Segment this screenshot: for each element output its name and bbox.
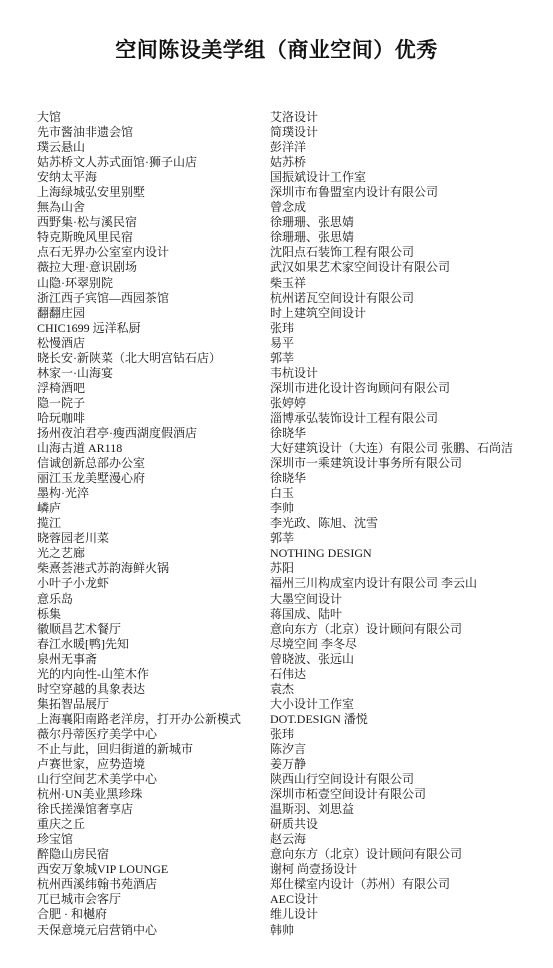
project-name: 浙江西子宾馆—西园茶馆	[37, 291, 270, 306]
designer-name: 姜万静	[270, 757, 545, 772]
list-item: 扬州夜泊君亭·瘦西湖度假酒店 徐晓华	[37, 426, 545, 441]
designer-name: 深圳市进化设计咨询顾问有限公司	[270, 381, 545, 396]
designer-name: 郭莘	[270, 351, 545, 366]
project-name: 上海襄阳南路老洋房，打开办公新模式	[37, 712, 270, 727]
list-item: 墨构·光淬 白玉	[37, 486, 545, 501]
list-item: 合肥 · 和樾府 维儿设计	[37, 907, 545, 922]
designer-name: 徐珊珊、张思婧	[270, 230, 545, 245]
list-item: 先市酱油非遗会馆 简璞设计	[37, 125, 545, 140]
list-item: 大馆 艾洛设计	[37, 110, 545, 125]
list-item: 光之艺廊 NOTHING DESIGN	[37, 546, 545, 561]
project-name: 上海绿城弘安里别墅	[37, 185, 270, 200]
designer-name: 意向东方（北京）设计顾问有限公司	[270, 622, 545, 637]
designer-name: 张玮	[270, 321, 545, 336]
designer-name: 郑仕樑室内设计（苏州）有限公司	[270, 877, 545, 892]
list-item: 無為山舍 曾念成	[37, 200, 545, 215]
project-name: CHIC1699 远洋私厨	[37, 321, 270, 336]
project-name: 不止与此，回归街道的新城市	[37, 742, 270, 757]
project-name: 意乐岛	[37, 592, 270, 607]
designer-name: 赵云海	[270, 832, 545, 847]
list-item: 林家一·山海宴 韦杭设计	[37, 366, 545, 381]
project-name: 薇尔丹蒂医疗美学中心	[37, 727, 270, 742]
designer-name: 大小设计工作室	[270, 697, 545, 712]
project-name: 嶙庐	[37, 501, 270, 516]
project-name: 翻翻庄园	[37, 306, 270, 321]
list-item: 薇拉大理·意识剧场 武汉如果艺术家空间设计有限公司	[37, 260, 545, 275]
project-name: 姑苏桥文人苏式面馆·狮子山店	[37, 155, 270, 170]
project-name: 合肥 · 和樾府	[37, 907, 270, 922]
designer-name: 陈汐言	[270, 742, 545, 757]
list-item: 泉州无事斋 曾晓波、张远山	[37, 652, 545, 667]
project-name: 珍宝馆	[37, 832, 270, 847]
designer-name: 曾念成	[270, 200, 545, 215]
list-item: 柴熹荟港式苏韵海鲜火锅 苏阳	[37, 561, 545, 576]
list-item: 晓长安·新陕菜（北大明宫钻石店） 郭莘	[37, 351, 545, 366]
award-list: 大馆 艾洛设计 先市酱油非遗会馆 简璞设计 璞云悬山 彭洋洋 姑苏桥文人苏式面馆…	[0, 110, 553, 938]
project-name: 光的内向性-山笙木作	[37, 667, 270, 682]
project-name: 醉隐山房民宿	[37, 847, 270, 862]
project-name: 光之艺廊	[37, 546, 270, 561]
designer-name: 曾晓波、张远山	[270, 652, 545, 667]
designer-name: 研质共设	[270, 817, 545, 832]
project-name: 卢赛世家，应势造境	[37, 757, 270, 772]
project-name: 栎集	[37, 607, 270, 622]
project-name: 扬州夜泊君亭·瘦西湖度假酒店	[37, 426, 270, 441]
project-name: 柴熹荟港式苏韵海鲜火锅	[37, 561, 270, 576]
designer-name: 维儿设计	[270, 907, 545, 922]
list-item: 翻翻庄园 时上建筑空间设计	[37, 306, 545, 321]
designer-name: 深圳市一乘建筑设计事务所有限公司	[270, 456, 545, 471]
project-name: 璞云悬山	[37, 140, 270, 155]
project-name: 春江水暖[鸭]先知	[37, 637, 270, 652]
project-name: 小叶子小龙虾	[37, 576, 270, 591]
list-item: 天保意境元启营销中心 韩帅	[37, 923, 545, 938]
designer-name: 蒋国成、陆叶	[270, 607, 545, 622]
designer-name: 张玮	[270, 727, 545, 742]
list-item: 兀已城市会客厅 AEC设计	[37, 892, 545, 907]
designer-name: AEC设计	[270, 892, 545, 907]
project-name: 兀已城市会客厅	[37, 892, 270, 907]
list-item: 不止与此，回归街道的新城市 陈汐言	[37, 742, 545, 757]
project-name: 松慢酒店	[37, 336, 270, 351]
designer-name: 尽境空间 李冬尽	[270, 637, 545, 652]
project-name: 大馆	[37, 110, 270, 125]
project-name: 林家一·山海宴	[37, 366, 270, 381]
list-item: 浮椅酒吧 深圳市进化设计咨询顾问有限公司	[37, 381, 545, 396]
project-name: 無為山舍	[37, 200, 270, 215]
project-name: 西安万象城VIP LOUNGE	[37, 862, 270, 877]
list-item: 小叶子小龙虾 福州三川构成室内设计有限公司 李云山	[37, 576, 545, 591]
project-name: 墨构·光淬	[37, 486, 270, 501]
project-name: 杭州西溪纬翰书苑酒店	[37, 877, 270, 892]
project-name: 哈玩咖啡	[37, 411, 270, 426]
page-title: 空间陈设美学组（商业空间）优秀	[0, 0, 553, 64]
list-item: 安纳太平海 国振斌设计工作室	[37, 170, 545, 185]
designer-name: 陕西山行空间设计有限公司	[270, 772, 545, 787]
list-item: 杭州·UN美业黑珍珠 深圳市柘壹空间设计有限公司	[37, 787, 545, 802]
project-name: 山海古道 AR118	[37, 441, 270, 456]
designer-name: 柴玉祥	[270, 276, 545, 291]
project-name: 丽江玉龙美墅漫心府	[37, 471, 270, 486]
list-item: 揽江 李光政、陈旭、沈雪	[37, 516, 545, 531]
designer-name: 韩帅	[270, 923, 545, 938]
designer-name: 武汉如果艺术家空间设计有限公司	[270, 260, 545, 275]
list-item: 姑苏桥文人苏式面馆·狮子山店 姑苏桥	[37, 155, 545, 170]
designer-name: 杭州诺瓦空间设计有限公司	[270, 291, 545, 306]
list-item: 松慢酒店 易平	[37, 336, 545, 351]
project-name: 薇拉大理·意识剧场	[37, 260, 270, 275]
list-item: 点石无界办公室室内设计 沈阳点石装饰工程有限公司	[37, 245, 545, 260]
designer-name: NOTHING DESIGN	[270, 546, 545, 561]
designer-name: 李光政、陈旭、沈雪	[270, 516, 545, 531]
designer-name: 石伟达	[270, 667, 545, 682]
list-item: 徐氏搓澡馆奢享店 温斯羽、刘思益	[37, 802, 545, 817]
designer-name: 深圳市布鲁盟室内设计有限公司	[270, 185, 545, 200]
designer-name: 沈阳点石装饰工程有限公司	[270, 245, 545, 260]
designer-name: 谢柯 尚壹扬设计	[270, 862, 545, 877]
designer-name: 淄博承弘装饰设计工程有限公司	[270, 411, 545, 426]
list-item: 隐一院子 张婷婷	[37, 396, 545, 411]
designer-name: 徐晓华	[270, 426, 545, 441]
project-name: 浮椅酒吧	[37, 381, 270, 396]
project-name: 泉州无事斋	[37, 652, 270, 667]
list-item: CHIC1699 远洋私厨 张玮	[37, 321, 545, 336]
designer-name: 郭莘	[270, 531, 545, 546]
designer-name: 白玉	[270, 486, 545, 501]
list-item: 西野集·松与溪民宿 徐珊珊、张思婧	[37, 215, 545, 230]
designer-name: 大好建筑设计（大连）有限公司 张鹏、石尚洁	[270, 441, 545, 456]
designer-name: 国振斌设计工作室	[270, 170, 545, 185]
designer-name: 徐晓华	[270, 471, 545, 486]
designer-name: 姑苏桥	[270, 155, 545, 170]
project-name: 杭州·UN美业黑珍珠	[37, 787, 270, 802]
list-item: 时空穿越的具象表达 袁杰	[37, 682, 545, 697]
project-name: 特克斯晚风里民宿	[37, 230, 270, 245]
project-name: 揽江	[37, 516, 270, 531]
list-item: 卢赛世家，应势造境 姜万静	[37, 757, 545, 772]
project-name: 点石无界办公室室内设计	[37, 245, 270, 260]
list-item: 栎集 蒋国成、陆叶	[37, 607, 545, 622]
designer-name: 彭洋洋	[270, 140, 545, 155]
list-item: 晓蓉园老川菜 郭莘	[37, 531, 545, 546]
designer-name: 温斯羽、刘思益	[270, 802, 545, 817]
project-name: 徐氏搓澡馆奢享店	[37, 802, 270, 817]
list-item: 山隐·环翠别院 柴玉祥	[37, 276, 545, 291]
list-item: 上海绿城弘安里别墅 深圳市布鲁盟室内设计有限公司	[37, 185, 545, 200]
list-item: 山海古道 AR118 大好建筑设计（大连）有限公司 张鹏、石尚洁	[37, 441, 545, 456]
project-name: 山行空间艺术美学中心	[37, 772, 270, 787]
designer-name: 徐珊珊、张思婧	[270, 215, 545, 230]
list-item: 意乐岛 大墨空间设计	[37, 592, 545, 607]
project-name: 山隐·环翠别院	[37, 276, 270, 291]
designer-name: 简璞设计	[270, 125, 545, 140]
list-item: 璞云悬山 彭洋洋	[37, 140, 545, 155]
list-item: 集拓智品展厅 大小设计工作室	[37, 697, 545, 712]
designer-name: 大墨空间设计	[270, 592, 545, 607]
project-name: 时空穿越的具象表达	[37, 682, 270, 697]
designer-name: 易平	[270, 336, 545, 351]
list-item: 西安万象城VIP LOUNGE 谢柯 尚壹扬设计	[37, 862, 545, 877]
list-item: 重庆之丘 研质共设	[37, 817, 545, 832]
designer-name: 苏阳	[270, 561, 545, 576]
designer-name: 韦杭设计	[270, 366, 545, 381]
list-item: 特克斯晚风里民宿 徐珊珊、张思婧	[37, 230, 545, 245]
award-document-page: 空间陈设美学组（商业空间）优秀 大馆 艾洛设计 先市酱油非遗会馆 简璞设计 璞云…	[0, 0, 553, 968]
list-item: 山行空间艺术美学中心 陕西山行空间设计有限公司	[37, 772, 545, 787]
designer-name: DOT.DESIGN 潘悦	[270, 712, 545, 727]
list-item: 春江水暖[鸭]先知 尽境空间 李冬尽	[37, 637, 545, 652]
list-item: 上海襄阳南路老洋房，打开办公新模式 DOT.DESIGN 潘悦	[37, 712, 545, 727]
project-name: 天保意境元启营销中心	[37, 923, 270, 938]
designer-name: 张婷婷	[270, 396, 545, 411]
list-item: 徽顺昌艺术餐厅 意向东方（北京）设计顾问有限公司	[37, 622, 545, 637]
designer-name: 李帅	[270, 501, 545, 516]
project-name: 隐一院子	[37, 396, 270, 411]
designer-name: 艾洛设计	[270, 110, 545, 125]
designer-name: 深圳市柘壹空间设计有限公司	[270, 787, 545, 802]
project-name: 徽顺昌艺术餐厅	[37, 622, 270, 637]
designer-name: 袁杰	[270, 682, 545, 697]
list-item: 信诚创新总部办公室 深圳市一乘建筑设计事务所有限公司	[37, 456, 545, 471]
list-item: 珍宝馆 赵云海	[37, 832, 545, 847]
project-name: 西野集·松与溪民宿	[37, 215, 270, 230]
project-name: 重庆之丘	[37, 817, 270, 832]
designer-name: 意向东方（北京）设计顾问有限公司	[270, 847, 545, 862]
project-name: 安纳太平海	[37, 170, 270, 185]
list-item: 哈玩咖啡 淄博承弘装饰设计工程有限公司	[37, 411, 545, 426]
list-item: 杭州西溪纬翰书苑酒店 郑仕樑室内设计（苏州）有限公司	[37, 877, 545, 892]
project-name: 信诚创新总部办公室	[37, 456, 270, 471]
list-item: 薇尔丹蒂医疗美学中心 张玮	[37, 727, 545, 742]
list-item: 丽江玉龙美墅漫心府 徐晓华	[37, 471, 545, 486]
designer-name: 时上建筑空间设计	[270, 306, 545, 321]
project-name: 晓蓉园老川菜	[37, 531, 270, 546]
project-name: 晓长安·新陕菜（北大明宫钻石店）	[37, 351, 270, 366]
list-item: 醉隐山房民宿 意向东方（北京）设计顾问有限公司	[37, 847, 545, 862]
list-item: 嶙庐 李帅	[37, 501, 545, 516]
list-item: 浙江西子宾馆—西园茶馆 杭州诺瓦空间设计有限公司	[37, 291, 545, 306]
project-name: 先市酱油非遗会馆	[37, 125, 270, 140]
project-name: 集拓智品展厅	[37, 697, 270, 712]
list-item: 光的内向性-山笙木作 石伟达	[37, 667, 545, 682]
designer-name: 福州三川构成室内设计有限公司 李云山	[270, 576, 545, 591]
